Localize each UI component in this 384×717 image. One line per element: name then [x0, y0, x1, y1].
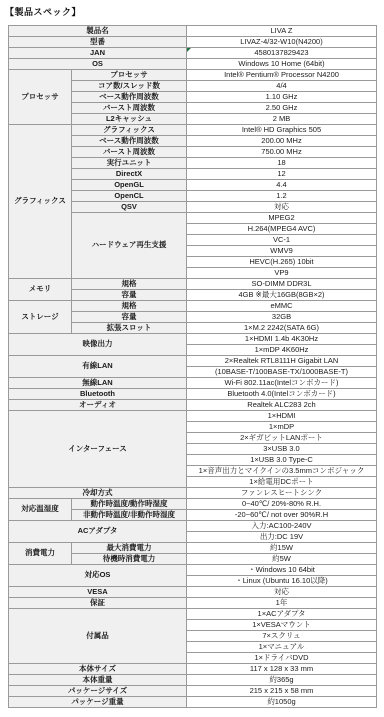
spec-label-cell: 保証: [9, 598, 187, 609]
spec-value-cell: 約365g: [187, 675, 377, 686]
spec-label-cell: 規格: [72, 279, 187, 290]
spec-label-cell: オーディオ: [9, 400, 187, 411]
spec-value-cell: 4580137829423: [187, 48, 377, 59]
spec-value-cell: ファンレスヒートシンク: [187, 488, 377, 499]
spec-group-cell: グラフィックス: [9, 125, 72, 279]
spec-value-cell: 1×HDMI 1.4b 4K30Hz: [187, 334, 377, 345]
spec-row: パッケージサイズ215 x 215 x 58 mm: [9, 686, 377, 697]
spec-group-cell: メモリ: [9, 279, 72, 301]
spec-value-cell: 1×マニュアル: [187, 642, 377, 653]
spec-value-cell: 1×M.2 2242(SATA 6G): [187, 323, 377, 334]
spec-value-cell: 3×USB 3.0: [187, 444, 377, 455]
spec-group-cell: 対応温湿度: [9, 499, 72, 521]
spec-row: OSWindows 10 Home (64bit): [9, 59, 377, 70]
spec-label-cell: インターフェース: [9, 411, 187, 488]
spec-row: JAN4580137829423: [9, 48, 377, 59]
spec-label-cell: コア数/スレッド数: [72, 81, 187, 92]
spec-label-cell: 本体サイズ: [9, 664, 187, 675]
spec-label-cell: VESA: [9, 587, 187, 598]
spec-label-cell: 有線LAN: [9, 356, 187, 378]
spec-label-cell: 拡張スロット: [72, 323, 187, 334]
product-spec-table: 製品名LIVA Z型番LIVAZ-4/32-W10(N4200)JAN45801…: [8, 25, 377, 708]
spec-label-cell: 容量: [72, 290, 187, 301]
spec-label-cell: 待機時消費電力: [72, 554, 187, 565]
spec-value-cell: 約1050g: [187, 697, 377, 708]
spec-value-cell: 1×ドライバDVD: [187, 653, 377, 664]
spec-label-cell: バースト周波数: [72, 103, 187, 114]
spec-row: 製品名LIVA Z: [9, 26, 377, 37]
spec-label-cell: 実行ユニット: [72, 158, 187, 169]
spec-value-cell: ・Windows 10 64bit: [187, 565, 377, 576]
spec-row: パッケージ重量約1050g: [9, 697, 377, 708]
spec-label-cell: QSV: [72, 202, 187, 213]
spec-value-cell: VP9: [187, 268, 377, 279]
spec-value-cell: 1×給電用DCポート: [187, 477, 377, 488]
spec-value-cell: 4GB ※最大16GB(8GB×2): [187, 290, 377, 301]
spec-label-cell: 規格: [72, 301, 187, 312]
spec-label-cell: 冷却方式: [9, 488, 187, 499]
spec-value-cell: 4.4: [187, 180, 377, 191]
green-corner-flag-icon: [187, 48, 191, 52]
spec-row: 冷却方式ファンレスヒートシンク: [9, 488, 377, 499]
spec-label-cell: Bluetooth: [9, 389, 187, 400]
spec-row: 本体重量約365g: [9, 675, 377, 686]
spec-value-cell: 200.00 MHz: [187, 136, 377, 147]
spec-value-cell: 4/4: [187, 81, 377, 92]
spec-value-cell: 1.10 GHz: [187, 92, 377, 103]
spec-value-cell: 対応: [187, 587, 377, 598]
spec-label-cell: 映像出力: [9, 334, 187, 356]
spec-label-cell: バースト周波数: [72, 147, 187, 158]
spec-label-cell: 容量: [72, 312, 187, 323]
spec-label-cell: 型番: [9, 37, 187, 48]
spec-label-cell: 対応OS: [9, 565, 187, 587]
spec-label-cell: 無線LAN: [9, 378, 187, 389]
spec-value-cell: eMMC: [187, 301, 377, 312]
spec-value-cell: LIVAZ-4/32-W10(N4200): [187, 37, 377, 48]
spec-value-cell: 1×mDP 4K60Hz: [187, 345, 377, 356]
spec-value-cell: 出力:DC 19V: [187, 532, 377, 543]
page-title: 【製品スペック】: [0, 0, 384, 18]
spec-label-cell: OS: [9, 59, 187, 70]
spec-value-cell: Realtek ALC283 2ch: [187, 400, 377, 411]
spec-row: VESA対応: [9, 587, 377, 598]
spec-label-cell: パッケージサイズ: [9, 686, 187, 697]
spec-group-cell: 消費電力: [9, 543, 72, 565]
spec-label-cell: 製品名: [9, 26, 187, 37]
spec-label-cell: パッケージ重量: [9, 697, 187, 708]
spec-value-cell: 2.50 GHz: [187, 103, 377, 114]
spec-label-cell: プロセッサ: [72, 70, 187, 81]
spec-value-cell: 2 MB: [187, 114, 377, 125]
spec-row: 保証1年: [9, 598, 377, 609]
spec-value-cell: Intel® HD Graphics 505: [187, 125, 377, 136]
spec-row: 有線LAN2×Realtek RTL8111H Gigabit LAN: [9, 356, 377, 367]
spec-label-cell: グラフィックス: [72, 125, 187, 136]
spec-label-cell: ACアダプタ: [9, 521, 187, 543]
spec-group-cell: プロセッサ: [9, 70, 72, 125]
spec-row: 映像出力1×HDMI 1.4b 4K30Hz: [9, 334, 377, 345]
spec-value-cell: 0~40℃/ 20%-80% R.H.: [187, 499, 377, 510]
spec-value-cell: 1×VESAマウント: [187, 620, 377, 631]
spec-value-cell: H.264(MPEG4 AVC): [187, 224, 377, 235]
spec-value-cell: Wi-Fi 802.11ac(Intelコンボカード): [187, 378, 377, 389]
spec-row: 無線LANWi-Fi 802.11ac(Intelコンボカード): [9, 378, 377, 389]
spec-value-cell: 約5W: [187, 554, 377, 565]
spec-label-cell: 最大消費電力: [72, 543, 187, 554]
spec-row: オーディオRealtek ALC283 2ch: [9, 400, 377, 411]
spec-label-cell: 付属品: [9, 609, 187, 664]
spec-value-cell: 1×音声出力とマイクインの3.5mmコンボジャック: [187, 466, 377, 477]
spec-table-body: 製品名LIVA Z型番LIVAZ-4/32-W10(N4200)JAN45801…: [9, 26, 377, 708]
spec-value-cell: 1.2: [187, 191, 377, 202]
spec-row: 対応温湿度動作時温度/動作時湿度0~40℃/ 20%-80% R.H.: [9, 499, 377, 510]
spec-row: 本体サイズ117 x 128 x 33 mm: [9, 664, 377, 675]
spec-label-cell: ベース動作周波数: [72, 136, 187, 147]
spec-value-cell: SO-DIMM DDR3L: [187, 279, 377, 290]
spec-value-cell: 約15W: [187, 543, 377, 554]
spec-value-cell: -20~60℃/ not over 90%R.H: [187, 510, 377, 521]
spec-value-cell: 入力:AC100-240V: [187, 521, 377, 532]
spec-value-cell: (10BASE-T/100BASE-TX/1000BASE-T): [187, 367, 377, 378]
spec-value-cell: 2×ギガビットLANポート: [187, 433, 377, 444]
spec-row: 対応OS・Windows 10 64bit: [9, 565, 377, 576]
spec-label-cell: 本体重量: [9, 675, 187, 686]
spec-value-cell: HEVC(H.265) 10bit: [187, 257, 377, 268]
spec-value-cell: 対応: [187, 202, 377, 213]
spec-label-cell: JAN: [9, 48, 187, 59]
spec-label-cell: 動作時温度/動作時湿度: [72, 499, 187, 510]
spec-value-cell: 750.00 MHz: [187, 147, 377, 158]
spec-label-cell: OpenGL: [72, 180, 187, 191]
spec-row: ACアダプタ入力:AC100-240V: [9, 521, 377, 532]
spec-value-cell: 1×HDMI: [187, 411, 377, 422]
spec-value-cell: 7×スクリュ: [187, 631, 377, 642]
spec-value-cell: Intel® Pentium® Processor N4200: [187, 70, 377, 81]
spec-value-cell: WMV9: [187, 246, 377, 257]
spec-label-cell: OpenCL: [72, 191, 187, 202]
spec-value-cell: 117 x 128 x 33 mm: [187, 664, 377, 675]
spec-row: グラフィックスグラフィックスIntel® HD Graphics 505: [9, 125, 377, 136]
spec-row: 消費電力最大消費電力約15W: [9, 543, 377, 554]
spec-value-cell: Windows 10 Home (64bit): [187, 59, 377, 70]
spec-value-cell: 2×Realtek RTL8111H Gigabit LAN: [187, 356, 377, 367]
spec-row: 型番LIVAZ-4/32-W10(N4200): [9, 37, 377, 48]
spec-value-cell: 215 x 215 x 58 mm: [187, 686, 377, 697]
spec-value-cell: ・Linux (Ubuntu 16.10以降): [187, 576, 377, 587]
spec-value-cell: 18: [187, 158, 377, 169]
spec-value-cell: MPEG2: [187, 213, 377, 224]
spec-value-cell: 1×ACアダプタ: [187, 609, 377, 620]
spec-row: BluetoothBluetooth 4.0(Intelコンボカード): [9, 389, 377, 400]
spec-label-cell: DirectX: [72, 169, 187, 180]
spec-value-cell: 32GB: [187, 312, 377, 323]
spec-value-cell: 1×mDP: [187, 422, 377, 433]
spec-row: インターフェース1×HDMI: [9, 411, 377, 422]
spec-label-cell: L2キャッシュ: [72, 114, 187, 125]
spec-row: プロセッサプロセッサIntel® Pentium® Processor N420…: [9, 70, 377, 81]
spec-value-cell: Bluetooth 4.0(Intelコンボカード): [187, 389, 377, 400]
spec-row: 付属品1×ACアダプタ: [9, 609, 377, 620]
spec-value-cell: LIVA Z: [187, 26, 377, 37]
spec-label-cell: ベース動作周波数: [72, 92, 187, 103]
spec-value-cell: 12: [187, 169, 377, 180]
spec-label-cell: 非動作時温度/非動作時湿度: [72, 510, 187, 521]
spec-label-cell: ハードウェア再生支援: [72, 213, 187, 279]
spec-row: メモリ規格SO-DIMM DDR3L: [9, 279, 377, 290]
spec-value-cell: 1×USB 3.0 Type-C: [187, 455, 377, 466]
spec-row: ストレージ規格eMMC: [9, 301, 377, 312]
spec-value-cell: VC-1: [187, 235, 377, 246]
spec-group-cell: ストレージ: [9, 301, 72, 334]
spec-value-cell: 1年: [187, 598, 377, 609]
